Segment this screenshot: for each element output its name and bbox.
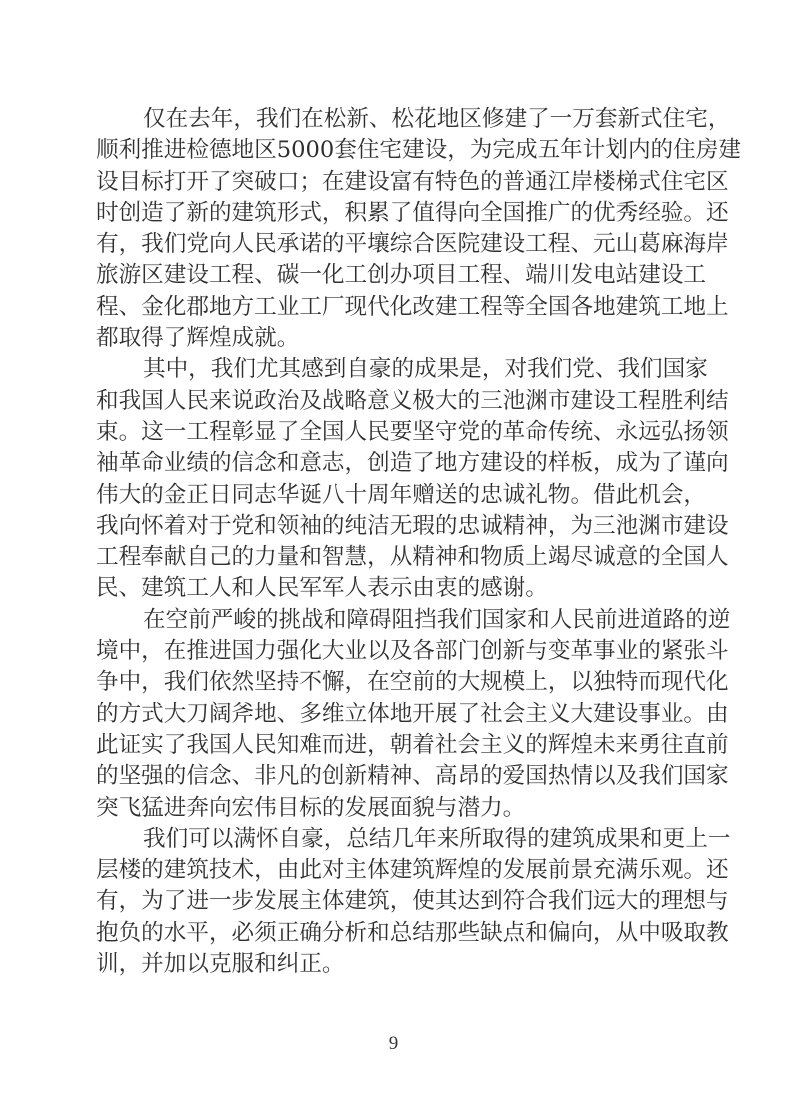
paragraph-4-line-4: 抱负的水平，必须正确分析和总结那些缺点和偏向，从中吸取教	[96, 918, 706, 949]
paragraph-4-line-5: 训，并加以克服和纠正。	[96, 949, 706, 980]
paragraph-1-line-8: 都取得了辉煌成就。	[96, 323, 706, 354]
paragraph-3-line-7: 突飞猛进奔向宏伟目标的发展面貌与潜力。	[96, 793, 706, 824]
paragraph-1-line-5: 有，我们党向人民承诺的平壤综合医院建设工程、元山葛麻海岸	[96, 229, 706, 260]
paragraph-2-line-8: 民、建筑工人和人民军军人表示由衷的感谢。	[96, 573, 706, 604]
paragraph-2-line-7: 工程奉献自己的力量和智慧，从精神和物质上竭尽诚意的全国人	[96, 542, 706, 573]
paragraph-2-line-3: 束。这一工程彰显了全国人民要坚守党的革命传统、永远弘扬领	[96, 417, 706, 448]
paragraph-1-line-4: 时创造了新的建筑形式，积累了值得向全国推广的优秀经验。还	[96, 198, 706, 229]
paragraph-3-line-1: 在空前严峻的挑战和障碍阻挡我们国家和人民前进道路的逆	[96, 605, 706, 636]
paragraph-3-line-6: 的坚强的信念、非凡的创新精神、高昂的爱国热情以及我们国家	[96, 761, 706, 792]
paragraph-2-line-2: 和我国人民来说政治及战略意义极大的三池渊市建设工程胜利结	[96, 386, 706, 417]
paragraph-1-line-6: 旅游区建设工程、碳一化工创办项目工程、端川发电站建设工	[96, 260, 706, 291]
paragraph-3-line-4: 的方式大刀阔斧地、多维立体地开展了社会主义大建设事业。由	[96, 699, 706, 730]
paragraph-4-line-3: 有，为了进一步发展主体建筑，使其达到符合我们远大的理想与	[96, 886, 706, 917]
paragraph-1-line-2: 顺利推进检德地区5000套住宅建设，为完成五年计划内的住房建	[96, 135, 706, 166]
paragraph-2-line-5: 伟大的金正日同志华诞八十周年赠送的忠诚礼物。借此机会，	[96, 480, 706, 511]
body-text: 仅在去年，我们在松新、松花地区修建了一万套新式住宅， 顺利推进检德地区5000套…	[96, 104, 706, 980]
paragraph-1-line-7: 程、金化郡地方工业工厂现代化改建工程等全国各地建筑工地上	[96, 292, 706, 323]
paragraph-3-line-5: 此证实了我国人民知难而进，朝着社会主义的辉煌未来勇往直前	[96, 730, 706, 761]
paragraph-2-line-4: 袖革命业绩的信念和意志，创造了地方建设的样板，成为了谨向	[96, 448, 706, 479]
paragraph-2-line-6: 我向怀着对于党和领袖的纯洁无瑕的忠诚精神，为三池渊市建设	[96, 511, 706, 542]
document-page: 仅在去年，我们在松新、松花地区修建了一万套新式住宅， 顺利推进检德地区5000套…	[0, 0, 787, 1116]
paragraph-4-line-2: 层楼的建筑技术，由此对主体建筑辉煌的发展前景充满乐观。还	[96, 855, 706, 886]
paragraph-1-line-3: 设目标打开了突破口；在建设富有特色的普通江岸楼梯式住宅区	[96, 167, 706, 198]
paragraph-2-line-1: 其中，我们尤其感到自豪的成果是，对我们党、我们国家	[96, 354, 706, 385]
paragraph-3-line-2: 境中，在推进国力强化大业以及各部门创新与变革事业的紧张斗	[96, 636, 706, 667]
paragraph-3-line-3: 争中，我们依然坚持不懈，在空前的大规模上，以独特而现代化	[96, 667, 706, 698]
page-number: 9	[0, 1033, 787, 1055]
paragraph-4-line-1: 我们可以满怀自豪，总结几年来所取得的建筑成果和更上一	[96, 824, 706, 855]
paragraph-1-line-1: 仅在去年，我们在松新、松花地区修建了一万套新式住宅，	[96, 104, 706, 135]
